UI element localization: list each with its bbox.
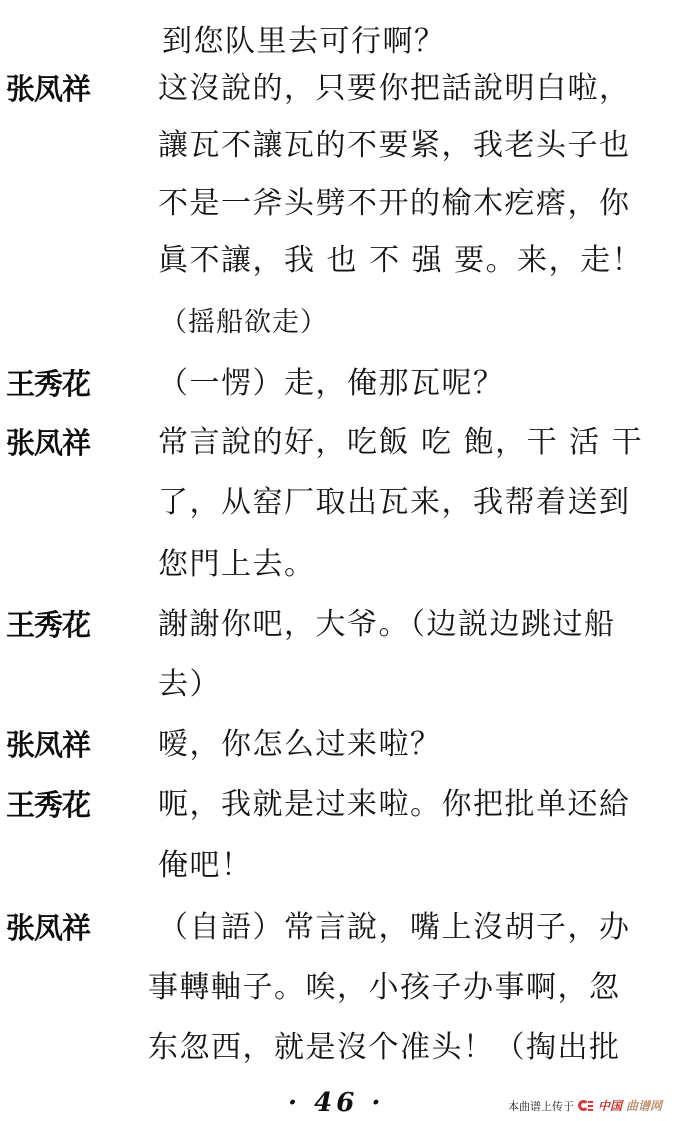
dialogue-text: 呃，我就是过来啦。你把批单还給 bbox=[158, 777, 631, 833]
dialogue-line: 讓瓦不讓瓦的不要紧，我老头子也 bbox=[0, 118, 700, 174]
dialogue-text: 讓瓦不讓瓦的不要紧，我老头子也 bbox=[158, 118, 631, 174]
dialogue-line: 王秀花 呃，我就是过来啦。你把批单还給 bbox=[0, 777, 700, 833]
dialogue-text: 东忽西，就是沒个准头！（掏出批 bbox=[148, 1020, 621, 1076]
page-number: · 46 · bbox=[288, 1088, 384, 1118]
scanned-script-page: 到您队里去可行啊？ 张凤祥 这沒說的，只要你把話說明白啦， 讓瓦不讓瓦的不要紧，… bbox=[0, 0, 700, 1121]
watermark-brand-part1: 中国 bbox=[598, 1097, 622, 1114]
dialogue-text: 常言說的好，吃飯 吃 飽，干 活 干 bbox=[158, 415, 643, 471]
dialogue-line: 俺吧！ bbox=[0, 838, 700, 894]
dialogue-line: 张凤祥 常言說的好，吃飯 吃 飽，干 活 干 bbox=[0, 415, 700, 471]
stage-direction: （摇船欲走） bbox=[160, 295, 328, 351]
dialogue-text: 了，从窑厂取出瓦来，我帮着送到 bbox=[158, 475, 631, 531]
dialogue-line: 张凤祥 这沒說的，只要你把話說明白啦， bbox=[0, 61, 700, 117]
dialogue-line: 王秀花 （一愣）走，俺那瓦呢？ bbox=[0, 356, 700, 412]
speaker-name: 王秀花 bbox=[6, 597, 90, 653]
dialogue-text: 不是一斧头劈不开的榆木疙瘩，你 bbox=[158, 176, 631, 232]
dialogue-text: 这沒說的，只要你把話說明白啦， bbox=[158, 61, 631, 117]
dialogue-text: （一愣）走，俺那瓦呢？ bbox=[158, 356, 505, 412]
dialogue-text: 眞不讓，我 也 不 强 要。来，走！ bbox=[158, 233, 643, 289]
speaker-name: 王秀花 bbox=[6, 777, 90, 833]
dialogue-text: 去） bbox=[158, 657, 221, 713]
dialogue-text: 嗳，你怎么过来啦？ bbox=[158, 717, 442, 773]
dialogue-text: 俺吧！ bbox=[158, 838, 253, 894]
dialogue-line: 张凤祥 （自語）常言說，嘴上沒胡子，办 bbox=[0, 900, 700, 956]
dialogue-line: 了，从窑厂取出瓦来，我帮着送到 bbox=[0, 475, 700, 531]
speaker-name: 张凤祥 bbox=[6, 900, 90, 956]
dialogue-text: （自語）常言說，嘴上沒胡子，办 bbox=[158, 900, 631, 956]
dialogue-text: 您門上去。 bbox=[158, 537, 316, 593]
dialogue-line: 眞不讓，我 也 不 强 要。来，走！ bbox=[0, 233, 700, 289]
dialogue-line: 不是一斧头劈不开的榆木疙瘩，你 bbox=[0, 176, 700, 232]
speaker-name: 王秀花 bbox=[6, 356, 90, 412]
dialogue-line: 您門上去。 bbox=[0, 537, 700, 593]
dialogue-line: 东忽西，就是沒个准头！（掏出批 bbox=[0, 1020, 700, 1076]
dialogue-line: 张凤祥 嗳，你怎么过来啦？ bbox=[0, 717, 700, 773]
music-score-logo-icon bbox=[578, 1099, 594, 1113]
dialogue-line: 王秀花 謝謝你吧，大爷。（边説边跳过船 bbox=[0, 597, 700, 653]
speaker-name: 张凤祥 bbox=[6, 717, 90, 773]
dialogue-text: 謝謝你吧，大爷。（边説边跳过船 bbox=[158, 597, 616, 653]
dialogue-text: 事轉軸子。唉，小孩子办事啊，忽 bbox=[148, 960, 621, 1016]
watermark: 本曲谱上传于 中国曲谱网 bbox=[508, 1097, 662, 1114]
dialogue-line: 事轉軸子。唉，小孩子办事啊，忽 bbox=[0, 960, 700, 1016]
speaker-name: 张凤祥 bbox=[6, 415, 90, 471]
stage-direction-line: （摇船欲走） bbox=[0, 295, 700, 351]
dialogue-line: 去） bbox=[0, 657, 700, 713]
speaker-name: 张凤祥 bbox=[6, 61, 90, 117]
watermark-prefix: 本曲谱上传于 bbox=[508, 1098, 574, 1114]
watermark-brand-part2: 曲谱网 bbox=[626, 1097, 662, 1114]
